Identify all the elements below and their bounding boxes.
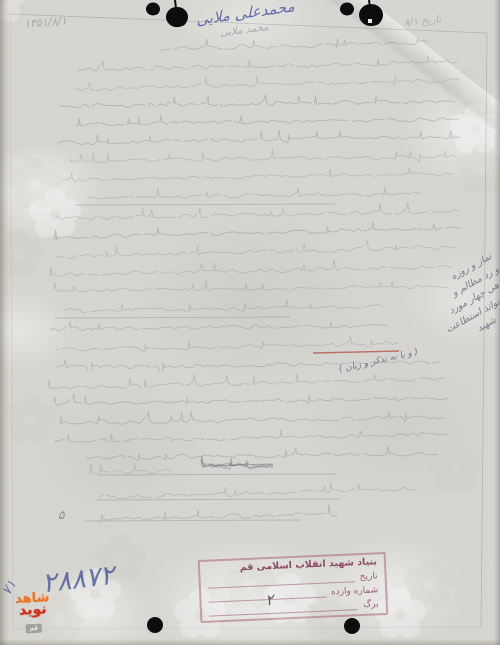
logo-city-badge: قم <box>26 624 42 634</box>
stamp-field-label: برگ <box>363 599 379 610</box>
stamp-field-label: شماره وارده <box>331 585 379 597</box>
stamp-field-sheets: برگ ۲ <box>209 599 379 616</box>
scan-edge-left <box>0 0 9 645</box>
foundation-stamp-box: بنیاد شهید انقلاب اسلامی قم تاریخ شماره … <box>198 552 389 623</box>
stamp-blank-line: ۲ <box>209 601 359 617</box>
pencil-date-top-right: تاریخ ۸/۱ <box>404 14 442 29</box>
scan-edge-bottom <box>0 639 500 645</box>
left-margin-number: ۵ <box>58 508 64 522</box>
pencil-date-top-left: ۱۳۵۱/۸/۱ <box>24 15 68 31</box>
scanned-letter-page: ۱۳۵۱/۸/۱ تاریخ ۸/۱ محمدعلی ملایی محمد مل… <box>0 0 500 645</box>
stamp-field-label: تاریخ <box>359 571 377 582</box>
navid-shahed-logo: شاهد نوید قم <box>12 591 54 634</box>
